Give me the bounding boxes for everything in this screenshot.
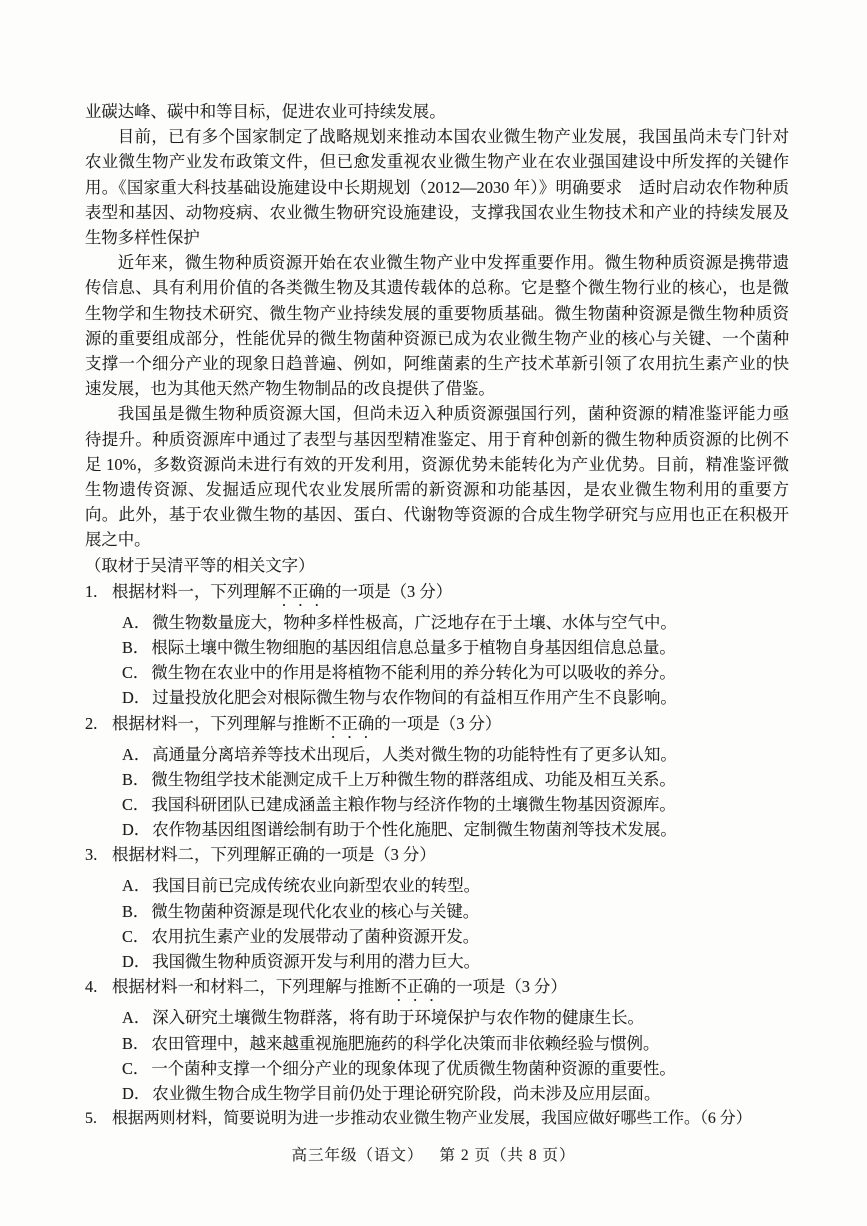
question-2-option-d: D．农作物基因组图谱绘制有助于个性化施肥、定制微生物菌剂等技术发展。: [85, 817, 789, 842]
question-4-stem-post: 的一项是（3 分）: [440, 977, 567, 996]
question-2-option-c: C．我国科研团队已建成涵盖主粮作物与经济作物的土壤微生物基因资源库。: [85, 792, 789, 817]
option-text: 微生物数量庞大，物种多样性极高，广泛地存在于土壤、水体与空气中。: [152, 613, 677, 632]
question-5-number: 5.: [85, 1106, 105, 1131]
option-label: A．: [122, 745, 150, 764]
option-text: 微生物菌种资源是现代化农业的核心与关键。: [151, 902, 479, 921]
question-5-stem-pre: 根据两则材料，简要说明为进一步推动农业微生物产业发展，我国应做好哪些工作。（6 …: [112, 1110, 752, 1127]
option-label: C．: [122, 795, 149, 814]
option-text: 农作物基因组图谱绘制有助于个性化施肥、定制微生物菌剂等技术发展。: [152, 820, 677, 839]
question-list: 1.根据材料一，下列理解不正确的一项是（3 分） A．微生物数量庞大，物种多样性…: [85, 579, 789, 1131]
option-label: B．: [122, 1034, 149, 1053]
question-2-stem-emphasis: 不正确: [325, 714, 374, 733]
footer-exam-title: 高三年级（语文）: [291, 1147, 423, 1164]
passage-continuation-line: 业碳达峰、碳中和等目标，促进农业可持续发展。: [85, 99, 789, 124]
question-1-stem-pre: 根据材料一，下列理解: [112, 582, 276, 601]
option-label: B．: [122, 638, 149, 657]
option-label: A．: [122, 1008, 150, 1027]
question-1-stem-post: 的一项是（3 分）: [325, 582, 452, 601]
question-3-stem: 3.根据材料二，下列理解正确的一项是（3 分）: [85, 842, 789, 873]
option-text: 根际土壤中微生物细胞的基因组信息总量多于植物自身基因组信息总量。: [151, 638, 676, 657]
passage-attribution: （取材于吴清平等的相关文字）: [85, 553, 789, 578]
option-label: A．: [122, 613, 150, 632]
page-footer: 高三年级（语文）第 2 页（共 8 页）: [0, 1143, 867, 1165]
page-content: 业碳达峰、碳中和等目标，促进农业可持续发展。 目前，已有多个国家制定了战略规划来…: [85, 99, 789, 1131]
question-1-stem: 1.根据材料一，下列理解不正确的一项是（3 分）: [85, 579, 789, 610]
option-label: B．: [122, 902, 149, 921]
question-4-option-c: C．一个菌种支撑一个细分产业的现象体现了优质微生物菌种资源的重要性。: [85, 1056, 789, 1081]
question-1-option-a: A．微生物数量庞大，物种多样性极高，广泛地存在于土壤、水体与空气中。: [85, 610, 789, 635]
question-4-stem-emphasis: 不正确: [391, 977, 440, 996]
question-3: 3.根据材料二，下列理解正确的一项是（3 分） A．我国目前已完成传统农业向新型…: [85, 842, 789, 974]
question-4-option-b: B．农田管理中，越来越重视施肥施药的科学化决策而非依赖经验与惯例。: [85, 1031, 789, 1056]
option-text: 农用抗生素产业的发展带动了菌种资源开发。: [151, 927, 479, 946]
option-text: 农业微生物合成生物学目前仍处于理论研究阶段，尚未涉及应用层面。: [152, 1084, 660, 1103]
question-2: 2.根据材料一，下列理解与推断不正确的一项是（3 分） A．高通量分离培养等技术…: [85, 711, 789, 843]
option-text: 我国微生物种质资源开发与利用的潜力巨大。: [152, 952, 480, 971]
question-4-stem-pre: 根据材料一和材料二，下列理解与推断: [112, 977, 391, 996]
option-text: 微生物在农业中的作用是将植物不能利用的养分转化为可以吸收的养分。: [151, 663, 676, 682]
option-label: D．: [122, 820, 150, 839]
question-1-option-b: B．根际土壤中微生物细胞的基因组信息总量多于植物自身基因组信息总量。: [85, 635, 789, 660]
question-1-option-c: C．微生物在农业中的作用是将植物不能利用的养分转化为可以吸收的养分。: [85, 660, 789, 685]
footer-page-number: 第 2 页（共 8 页）: [440, 1147, 576, 1164]
option-text: 农田管理中，越来越重视施肥施药的科学化决策而非依赖经验与惯例。: [151, 1034, 659, 1053]
option-label: D．: [122, 688, 150, 707]
question-2-option-b: B．微生物组学技术能测定成千上万种微生物的群落组成、功能及相互关系。: [85, 767, 789, 792]
question-3-option-a: A．我国目前已完成传统农业向新型农业的转型。: [85, 873, 789, 898]
question-5-stem: 5.根据两则材料，简要说明为进一步推动农业微生物产业发展，我国应做好哪些工作。（…: [85, 1106, 789, 1131]
passage-paragraph-1: 目前，已有多个国家制定了战略规划来推动本国农业微生物产业发展，我国虽尚未专门针对…: [85, 124, 789, 250]
passage-paragraph-3: 我国虽是微生物种质资源大国，但尚未迈入种质资源强国行列，菌种资源的精准鉴评能力亟…: [85, 401, 789, 552]
question-1: 1.根据材料一，下列理解不正确的一项是（3 分） A．微生物数量庞大，物种多样性…: [85, 579, 789, 711]
question-3-option-c: C．农用抗生素产业的发展带动了菌种资源开发。: [85, 924, 789, 949]
option-text: 一个菌种支撑一个细分产业的现象体现了优质微生物菌种资源的重要性。: [151, 1059, 676, 1078]
question-2-number: 2.: [85, 711, 105, 736]
option-label: C．: [122, 663, 149, 682]
option-text: 我国目前已完成传统农业向新型农业的转型。: [152, 876, 480, 895]
option-label: A．: [122, 876, 150, 895]
question-3-option-b: B．微生物菌种资源是现代化农业的核心与关键。: [85, 899, 789, 924]
question-4: 4.根据材料一和材料二，下列理解与推断不正确的一项是（3 分） A．深入研究土壤…: [85, 974, 789, 1106]
question-5: 5.根据两则材料，简要说明为进一步推动农业微生物产业发展，我国应做好哪些工作。（…: [85, 1106, 789, 1131]
question-2-stem-post: 的一项是（3 分）: [374, 714, 501, 733]
passage-paragraph-2: 近年来，微生物种质资源开始在农业微生物产业中发挥重要作用。微生物种质资源是携带遗…: [85, 250, 789, 401]
question-3-stem-pre: 根据材料二，下列理解正确的一项是（3 分）: [112, 845, 436, 864]
option-label: D．: [122, 952, 150, 971]
exam-page: 业碳达峰、碳中和等目标，促进农业可持续发展。 目前，已有多个国家制定了战略规划来…: [0, 0, 867, 1226]
question-1-option-d: D．过量投放化肥会对根际微生物与农作物间的有益相互作用产生不良影响。: [85, 685, 789, 710]
option-text: 高通量分离培养等技术出现后，人类对微生物的功能特性有了更多认知。: [152, 745, 677, 764]
question-3-number: 3.: [85, 842, 105, 867]
option-label: C．: [122, 927, 149, 946]
question-3-option-d: D．我国微生物种质资源开发与利用的潜力巨大。: [85, 949, 789, 974]
question-4-number: 4.: [85, 974, 105, 999]
option-text: 深入研究土壤微生物群落，将有助于环境保护与农作物的健康生长。: [152, 1008, 644, 1027]
option-label: C．: [122, 1059, 149, 1078]
question-4-stem: 4.根据材料一和材料二，下列理解与推断不正确的一项是（3 分）: [85, 974, 789, 1005]
question-1-number: 1.: [85, 579, 105, 604]
question-2-option-a: A．高通量分离培养等技术出现后，人类对微生物的功能特性有了更多认知。: [85, 742, 789, 767]
question-1-stem-emphasis: 不正确: [276, 582, 325, 601]
question-2-stem: 2.根据材料一，下列理解与推断不正确的一项是（3 分）: [85, 711, 789, 742]
option-label: B．: [122, 770, 149, 789]
question-4-option-d: D．农业微生物合成生物学目前仍处于理论研究阶段，尚未涉及应用层面。: [85, 1081, 789, 1106]
option-label: D．: [122, 1084, 150, 1103]
option-text: 过量投放化肥会对根际微生物与农作物间的有益相互作用产生不良影响。: [152, 688, 677, 707]
option-text: 我国科研团队已建成涵盖主粮作物与经济作物的土壤微生物基因资源库。: [151, 795, 676, 814]
question-4-option-a: A．深入研究土壤微生物群落，将有助于环境保护与农作物的健康生长。: [85, 1005, 789, 1030]
reading-passage: 业碳达峰、碳中和等目标，促进农业可持续发展。 目前，已有多个国家制定了战略规划来…: [85, 99, 789, 578]
option-text: 微生物组学技术能测定成千上万种微生物的群落组成、功能及相互关系。: [151, 770, 676, 789]
question-2-stem-pre: 根据材料一，下列理解与推断: [112, 714, 325, 733]
